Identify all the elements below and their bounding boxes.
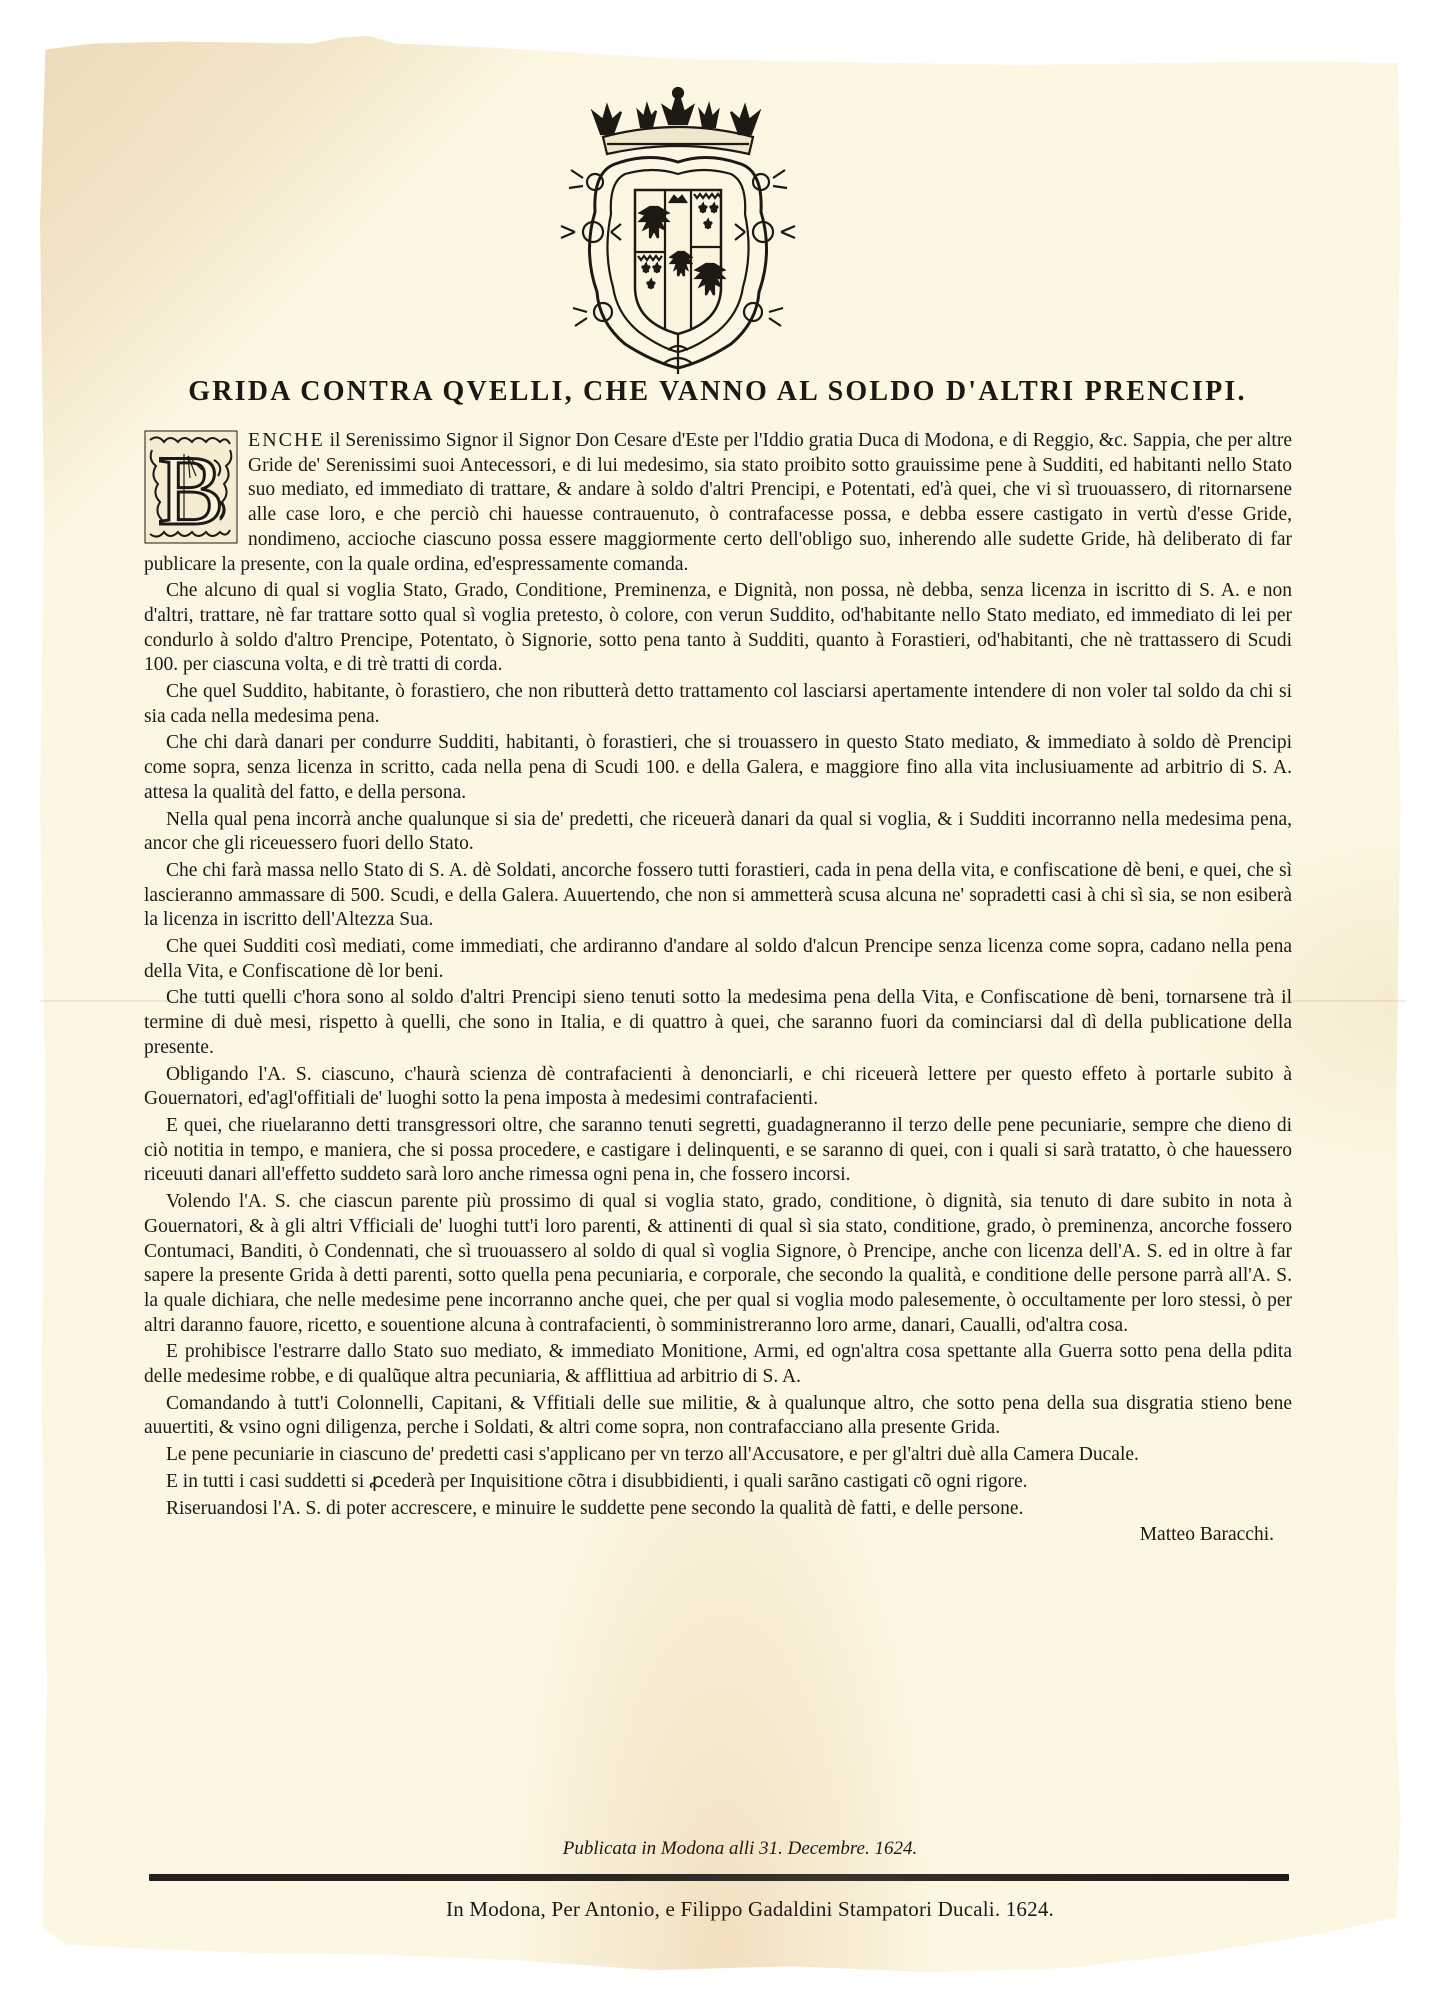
paragraph: Che chi darà danari per condurre Sudditi… — [144, 731, 1292, 805]
paragraph: Che tutti quelli c'hora sono al soldo d'… — [144, 986, 1292, 1060]
paragraph: Nella qual pena incorrà anche qualunque … — [144, 808, 1292, 857]
paragraph: Le pene pecuniarie in ciascuno de' prede… — [144, 1443, 1292, 1468]
paragraph: Che chi farà massa nello Stato di S. A. … — [144, 859, 1292, 933]
publication-date-line: Publicata in Modona alli 31. Decembre. 1… — [0, 1838, 1440, 1860]
proclamation-body: B ENCHE il Serenissimo Signor il Signor … — [144, 428, 1292, 1548]
paragraph: Che quel Suddito, habitante, ò forastier… — [144, 680, 1292, 729]
drop-cap-b-icon: B — [144, 430, 238, 544]
paragraph: Comandando à tutt'i Colonnelli, Capitani… — [144, 1392, 1292, 1441]
paragraph: Riseruandosi l'A. S. di poter accrescere… — [144, 1497, 1292, 1522]
paragraph-text: il Serenissimo Signor il Signor Don Cesa… — [144, 430, 1292, 575]
paragraph: E quei, che riuelaranno detti transgress… — [144, 1114, 1292, 1188]
svg-text:⚜: ⚜ — [646, 278, 656, 291]
svg-text:⚜: ⚜ — [652, 262, 662, 275]
signature: Matteo Baracchi. — [144, 1523, 1292, 1548]
svg-text:⚜: ⚜ — [709, 202, 719, 215]
svg-text:B: B — [158, 435, 225, 544]
paragraph: Obligando l'A. S. ciascuno, c'haurà scie… — [144, 1063, 1292, 1112]
paragraph: Volendo l'A. S. che ciascun parente più … — [144, 1190, 1292, 1338]
printer-colophon: In Modona, Per Antonio, e Filippo Gadald… — [0, 1897, 1440, 1922]
svg-text:⚜: ⚜ — [641, 262, 651, 275]
paragraph: Che alcuno di qual si voglia Stato, Grad… — [144, 579, 1292, 678]
paragraph: E in tutti i casi suddetti si ꝓcederà pe… — [144, 1470, 1292, 1495]
paragraph: Che quei Sudditi così mediati, come imme… — [144, 935, 1292, 984]
svg-text:⚜: ⚜ — [703, 218, 713, 231]
printed-rule-divider — [149, 1874, 1289, 1881]
coat-of-arms-icon: ⚜ ⚜ ⚜ ⚜ ⚜ ⚜ — [553, 82, 803, 382]
svg-text:⚜: ⚜ — [698, 202, 708, 215]
paragraph: E prohibisce l'estrarre dallo Stato suo … — [144, 1340, 1292, 1389]
lead-word: ENCHE — [248, 429, 325, 451]
proclamation-title: GRIDA CONTRA QVELLI, CHE VANNO AL SOLDO … — [145, 376, 1290, 408]
opening-paragraph: B ENCHE il Serenissimo Signor il Signor … — [144, 428, 1292, 577]
